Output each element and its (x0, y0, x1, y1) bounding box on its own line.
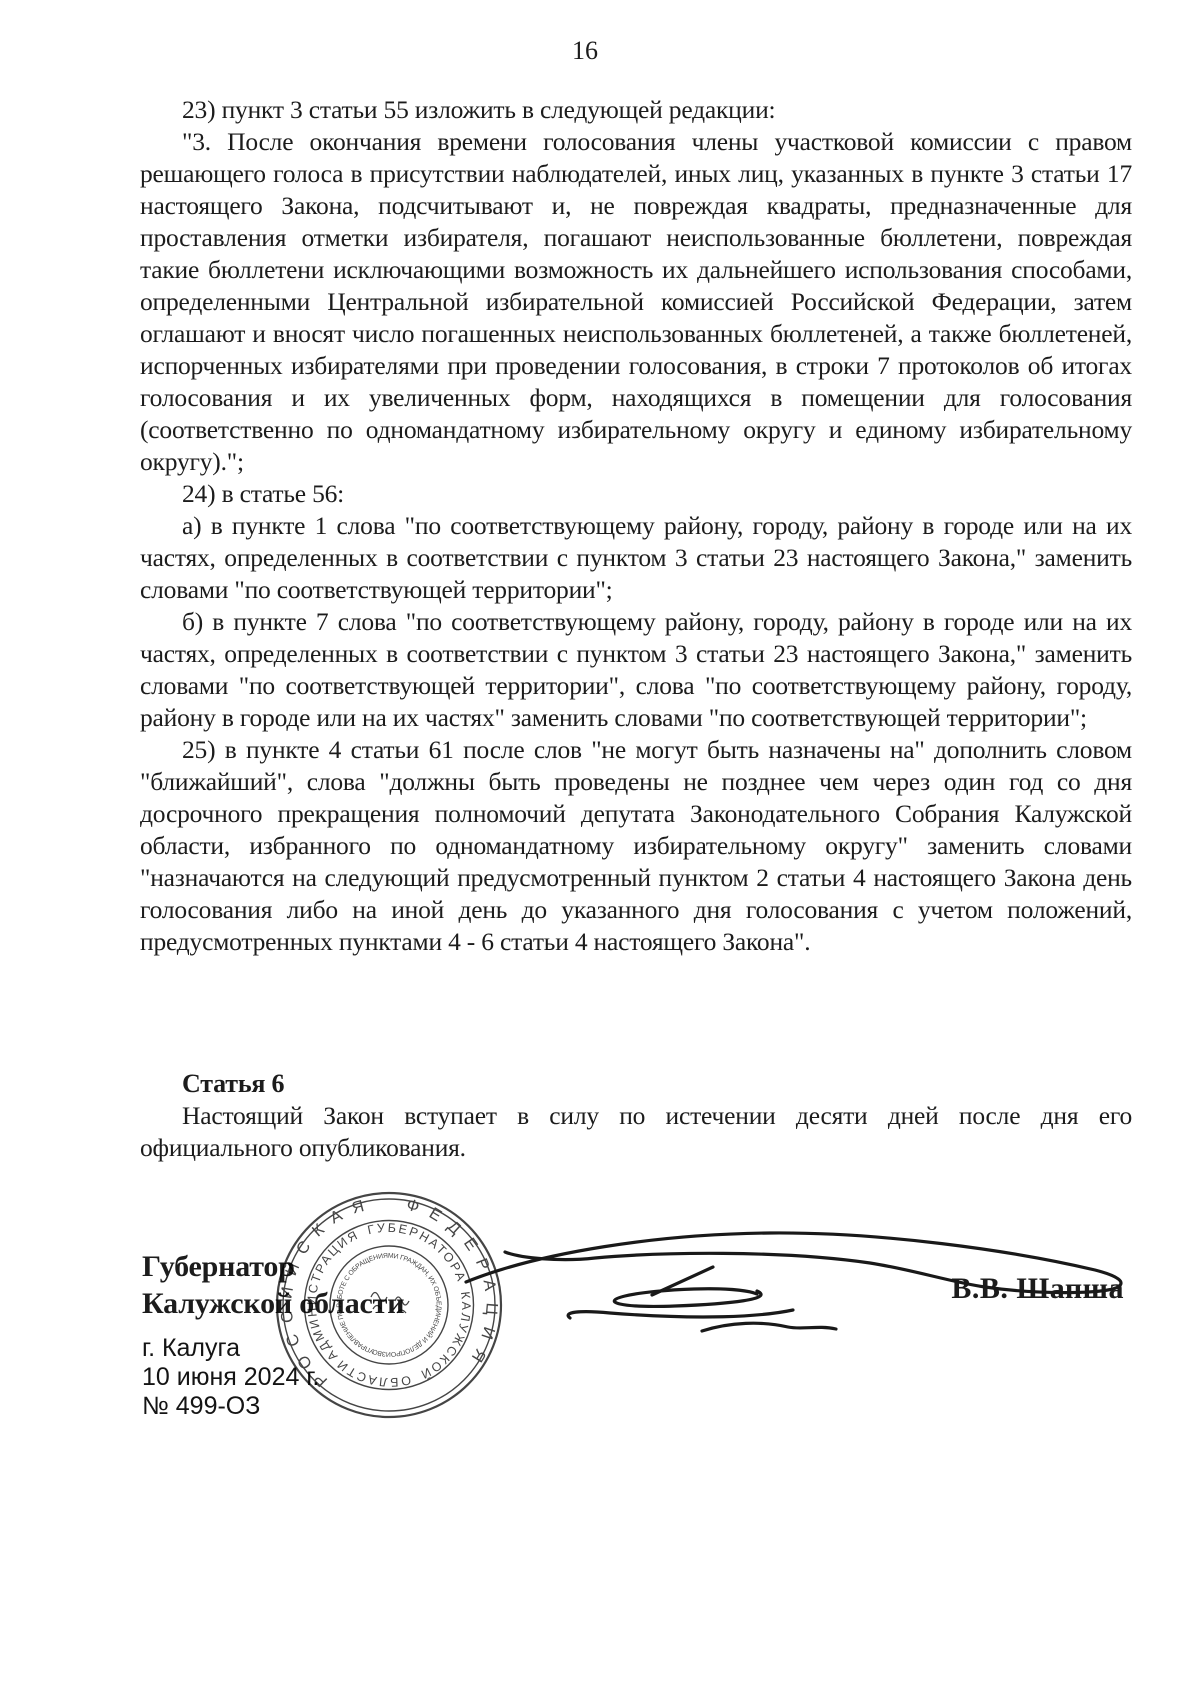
paragraph-item-25: 25) в пункте 4 статьи 61 после слов "не … (140, 734, 1132, 958)
signature-lower-squiggle (702, 1323, 836, 1331)
stamp-center-marks (371, 1293, 409, 1314)
document-body: 23) пункт 3 статьи 55 изложить в следующ… (140, 94, 1132, 958)
paragraph-subitem-a: а) в пункте 1 слова "по соответствующему… (140, 510, 1132, 606)
paragraph-point-3: "3. После окончания времени голосования … (140, 126, 1132, 478)
governor-signature-ink (430, 1120, 1150, 1345)
signature-main-loop (466, 1233, 1121, 1293)
page-number: 16 (0, 36, 1170, 66)
paragraph-subitem-b: б) в пункте 7 слова "по соответствующему… (140, 606, 1132, 734)
article-6-heading: Статья 6 (140, 1068, 1132, 1100)
document-page: 16 23) пункт 3 статьи 55 изложить в след… (0, 0, 1200, 1697)
stamp-inner-ring-text: УПРАВЛЕНИЕ ПО РАБОТЕ С ОБРАЩЕНИЯМИ ГРАЖД… (336, 1253, 442, 1358)
paragraph-item-23: 23) пункт 3 статьи 55 изложить в следующ… (140, 94, 1132, 126)
signature-flat-loop (614, 1289, 761, 1307)
paragraph-item-24: 24) в статье 56: (140, 478, 1132, 510)
signature-underline (568, 1310, 793, 1318)
